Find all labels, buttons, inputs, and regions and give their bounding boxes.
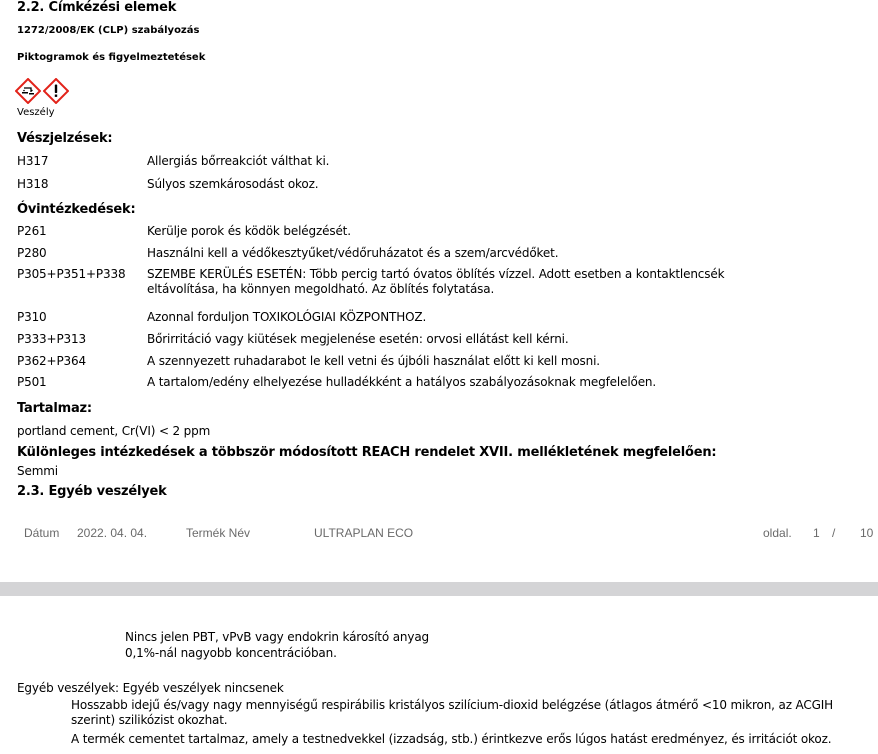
regulation-heading: 1272/2008/EK (CLP) szabályozás bbox=[17, 25, 199, 36]
signal-word: Veszély bbox=[17, 107, 55, 118]
pictograms-heading: Piktogramok és figyelmeztetések bbox=[17, 52, 205, 63]
precaution-text: Kerülje porok és ködök belégzését. bbox=[147, 224, 351, 238]
contains-text: portland cement, Cr(VI) < 2 ppm bbox=[17, 424, 210, 438]
hazard-code: H318 bbox=[17, 177, 48, 191]
precaution-text: Azonnal forduljon TOXIKOLÓGIAI KÖZPONTHO… bbox=[147, 310, 426, 324]
footer-product-label: Termék Név bbox=[186, 526, 250, 540]
hazard-text: Allergiás bőrreakciót válthat ki. bbox=[147, 154, 329, 168]
precaution-text: Használni kell a védőkesztyűket/védőruhá… bbox=[147, 246, 558, 260]
precaution-text: A tartalom/edény elhelyezése hulladékkén… bbox=[147, 375, 656, 389]
hazard-code: H317 bbox=[17, 154, 48, 168]
precaution-code: P261 bbox=[17, 224, 47, 238]
footer-page-total: 10 bbox=[860, 526, 873, 540]
exclamation-mark-icon bbox=[43, 78, 69, 104]
footer-date-value: 2022. 04. 04. bbox=[77, 526, 147, 540]
section-title-2-3: 2.3. Egyéb veszélyek bbox=[17, 484, 167, 499]
reach-heading: Különleges intézkedések a többször módos… bbox=[17, 445, 716, 460]
footer-page-label: oldal. bbox=[763, 526, 792, 540]
footer-page-current: 1 bbox=[813, 526, 820, 540]
hazard-text: Súlyos szemkárosodást okoz. bbox=[147, 177, 318, 191]
precaution-code: P362+P364 bbox=[17, 354, 86, 368]
precaution-text: A szennyezett ruhadarabot le kell vetni … bbox=[147, 354, 600, 368]
silica-paragraph: Hosszabb idejű és/vagy nagy mennyiségű r… bbox=[71, 698, 871, 728]
footer-page-separator: / bbox=[832, 526, 835, 540]
precaution-code: P305+P351+P338 bbox=[17, 267, 125, 281]
reach-text: Semmi bbox=[17, 464, 58, 478]
page-break-separator bbox=[0, 582, 878, 596]
precaution-code: P310 bbox=[17, 310, 47, 324]
precaution-text: SZEMBE KERÜLÉS ESETÉN: Több percig tartó… bbox=[147, 267, 767, 297]
contains-heading: Tartalmaz: bbox=[17, 401, 92, 416]
footer-product-value: ULTRAPLAN ECO bbox=[314, 526, 413, 540]
section-title-2-2: 2.2. Címkézési elemek bbox=[17, 0, 176, 15]
footer-date-label: Dátum bbox=[24, 526, 59, 540]
pbt-text: Nincs jelen PBT, vPvB vagy endokrin káro… bbox=[125, 629, 455, 661]
precaution-text: Bőrirritáció vagy kiütések megjelenése e… bbox=[147, 332, 569, 346]
precaution-code: P501 bbox=[17, 375, 47, 389]
precaution-code: P333+P313 bbox=[17, 332, 86, 346]
cement-paragraph: A termék cementet tartalmaz, amely a tes… bbox=[71, 732, 831, 746]
precautionary-statements-heading: Óvintézkedések: bbox=[17, 202, 135, 217]
corrosion-icon bbox=[15, 78, 41, 104]
other-hazards-line: Egyéb veszélyek: Egyéb veszélyek nincsen… bbox=[17, 681, 284, 695]
precaution-code: P280 bbox=[17, 246, 47, 260]
hazard-statements-heading: Vészjelzések: bbox=[17, 131, 112, 146]
